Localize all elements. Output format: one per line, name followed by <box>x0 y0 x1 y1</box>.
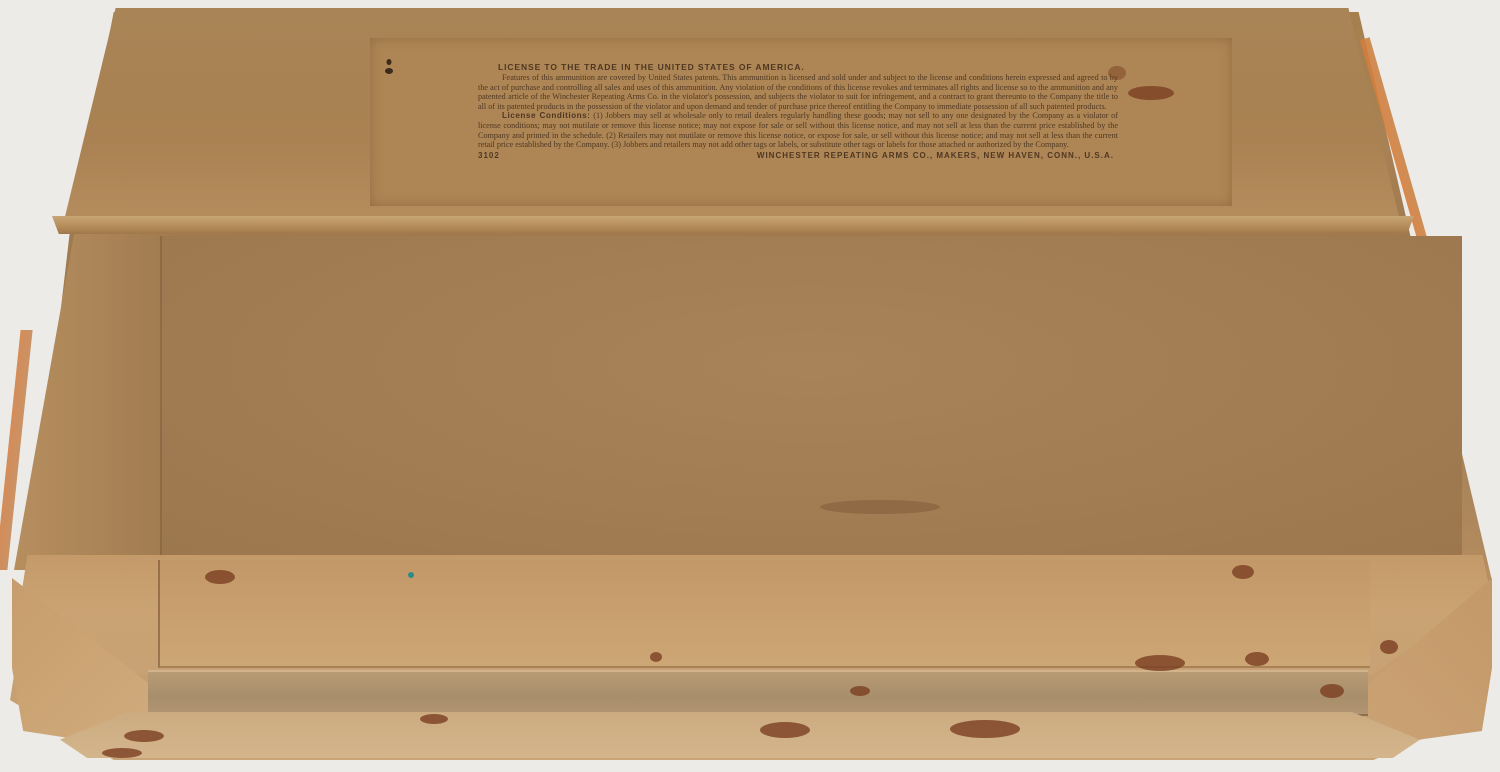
box-end-slot <box>148 670 1368 716</box>
dirt-smudge <box>820 500 940 514</box>
license-label-text: LICENSE TO THE TRADE IN THE UNITED STATE… <box>478 62 1118 160</box>
rust-stain <box>1108 66 1126 80</box>
photo-scene: LICENSE TO THE TRADE IN THE UNITED STATE… <box>0 0 1500 772</box>
rust-stain <box>1135 655 1185 671</box>
teal-ink-dot <box>408 572 414 578</box>
rust-stain <box>760 722 810 738</box>
rust-stain <box>950 720 1020 738</box>
rust-stain <box>420 714 448 724</box>
rust-stain <box>102 748 142 758</box>
label-footer: 3102 WINCHESTER REPEATING ARMS CO., MAKE… <box>478 151 1118 160</box>
rust-stain <box>650 652 662 662</box>
box-bottom-face <box>160 236 1462 558</box>
box-inner-panel <box>158 560 1370 668</box>
rust-stain <box>1245 652 1269 666</box>
maker-line: WINCHESTER REPEATING ARMS CO., MAKERS, N… <box>757 151 1118 160</box>
conditions-heading: License Conditions: <box>502 111 590 120</box>
rust-stain <box>1380 640 1398 654</box>
rust-stain <box>1128 86 1174 100</box>
corner-ink-mark <box>384 58 394 76</box>
box-bottom-lip <box>60 712 1420 758</box>
rust-stain <box>205 570 235 584</box>
rust-stain <box>124 730 164 742</box>
label-body: Features of this ammunition are covered … <box>478 73 1118 111</box>
label-conditions: License Conditions: (1) Jobbers may sell… <box>478 111 1118 149</box>
rust-stain <box>850 686 870 696</box>
label-code: 3102 <box>478 151 500 160</box>
wrapper-flap-edge <box>52 216 1414 234</box>
rust-stain <box>1232 565 1254 579</box>
label-title: LICENSE TO THE TRADE IN THE UNITED STATE… <box>478 62 1118 72</box>
rust-stain <box>1320 684 1344 698</box>
